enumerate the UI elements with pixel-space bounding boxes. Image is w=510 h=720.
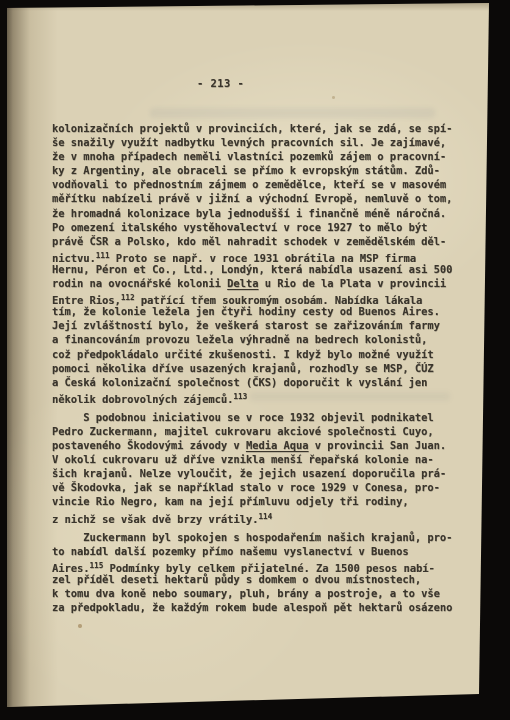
text-line: právě ČSR a Polsko, kdo měl nahradit sch… [52, 235, 467, 249]
text-line: Entre Rios,112 patřící třem soukromým os… [52, 291, 467, 305]
text-line: že v mnoha případech neměli vlastníci po… [52, 150, 467, 164]
text-segment: Pedro Zuckermann, majitel cukrovaru akci… [52, 426, 434, 438]
body-text: kolonizačních projektů v provinciích, kt… [52, 122, 467, 615]
text-line: z nichž se však dvě brzy vrátily.114 [52, 510, 467, 524]
paragraph: S podobnou iniciativou se v roce 1932 ob… [52, 411, 467, 524]
footnote-ref: 111 [96, 251, 110, 260]
underlined-term: Media Aqua [246, 440, 309, 452]
text-line: nictvu.111 Proto se např. v roce 1931 ob… [52, 249, 467, 263]
show-through-smudge [150, 108, 435, 118]
text-line: ky z Argentiny, ale obraceli se přímo k … [52, 164, 467, 178]
text-segment: právě ČSR a Polsko, kdo měl nahradit sch… [52, 236, 446, 248]
text-line: Pedro Zuckermann, majitel cukrovaru akci… [52, 425, 467, 439]
text-line: Hernu, Péron et Co., Ltd., Londýn, která… [52, 263, 467, 277]
text-line: postaveného Škodovými závody v Media Aqu… [52, 439, 467, 453]
text-segment: Zuckermann byl spokojen s hospodařením n… [52, 532, 452, 544]
text-line: zel příděl deseti hektarů půdy s domkem … [52, 573, 467, 587]
text-segment: několik dobrovolných zájemců. [52, 394, 233, 406]
text-segment: tím, že kolonie ležela jen čtyři hodiny … [52, 306, 440, 318]
paragraph: kolonizačních projektů v provinciích, kt… [52, 122, 467, 404]
text-segment: Její zvláštností bylo, že veškerá staros… [52, 320, 440, 332]
text-line: vodňovali to přednostním zájmem o zemědě… [52, 178, 467, 192]
text-segment: že hromadná kolonizace byla jednodušší i… [52, 208, 446, 220]
text-segment: a Česká kolonizační společnost (ČKS) dop… [52, 377, 427, 389]
text-line: kolonizačních projektů v provinciích, kt… [52, 122, 467, 136]
text-line: to nabídl další pozemky přímo našemu vys… [52, 545, 467, 559]
text-segment: vodňovali to přednostním zájmem o zemědě… [52, 179, 446, 191]
text-segment: což předpokládalo určité zkušenosti. I k… [52, 349, 434, 361]
text-segment: v provincii San Juan. [309, 440, 447, 452]
text-line: k tomu dva koně nebo soumary, pluh, brán… [52, 587, 467, 601]
text-line: pomoci několika dříve usazených krajanů,… [52, 362, 467, 376]
text-line: še snažily využít nadbytku levných praco… [52, 136, 467, 150]
page-number: - 213 - [52, 78, 467, 90]
text-line: za předpokladu, že každým rokem bude ale… [52, 601, 467, 615]
text-segment: vě Škodovka, jak se například stalo v ro… [52, 482, 440, 494]
text-segment: ky z Argentiny, ale obraceli se přímo k … [52, 165, 440, 177]
paragraph: Zuckermann byl spokojen s hospodařením n… [52, 531, 467, 616]
text-segment: V okolí cukrovaru už dříve vznikla menší… [52, 454, 434, 466]
text-line: a Česká kolonizační společnost (ČKS) dop… [52, 376, 467, 390]
text-line: Zuckermann byl spokojen s hospodařením n… [52, 531, 467, 545]
text-line: a financováním provozu ležela výhradně n… [52, 333, 467, 347]
text-segment: zel příděl deseti hektarů půdy s domkem … [52, 574, 421, 586]
text-line: šich krajanů. Nelze vyloučit, že jejich … [52, 467, 467, 481]
text-segment: rodin na ovocnářské kolonii [52, 278, 227, 290]
text-line: vincie Rio Negro, kam na její přímluvu o… [52, 495, 467, 509]
text-line: rodin na ovocnářské kolonii Delta u Rio … [52, 277, 467, 291]
text-segment: u Rio de la Plata v provincii [258, 278, 446, 290]
text-segment: Hernu, Péron et Co., Ltd., Londýn, která… [52, 264, 452, 276]
text-line: že hromadná kolonizace byla jednodušší i… [52, 207, 467, 221]
footnote-ref: 114 [258, 512, 272, 521]
paper-speck [78, 624, 82, 628]
underlined-term: Delta [227, 278, 258, 290]
text-segment: Po omezení italského vystěhovalectví v r… [52, 222, 427, 234]
scanned-page: - 213 - kolonizačních projektů v provinc… [0, 0, 510, 720]
text-segment: pomoci několika dříve usazených krajanů,… [52, 363, 434, 375]
text-line: několik dobrovolných zájemců.113 [52, 390, 467, 404]
text-segment: postaveného Škodovými závody v [52, 440, 246, 452]
footnote-ref: 115 [90, 561, 104, 570]
text-segment: z nichž se však dvě brzy vrátily. [52, 513, 258, 525]
text-segment: za předpokladu, že každým rokem bude ale… [52, 602, 452, 614]
text-segment: že v mnoha případech neměli vlastníci po… [52, 151, 446, 163]
text-line: S podobnou iniciativou se v roce 1932 ob… [52, 411, 467, 425]
text-line: Po omezení italského vystěhovalectví v r… [52, 221, 467, 235]
text-line: Aires.115 Podmínky byly celkem přijateln… [52, 559, 467, 573]
text-segment: měřítku nabízeli právě v jižní a východn… [52, 193, 452, 205]
text-segment: kolonizačních projektů v provinciích, kt… [52, 123, 452, 135]
text-line: Její zvláštností bylo, že veškerá staros… [52, 319, 467, 333]
footnote-ref: 113 [233, 392, 247, 401]
text-line: vě Škodovka, jak se například stalo v ro… [52, 481, 467, 495]
text-segment: to nabídl další pozemky přímo našemu vys… [52, 546, 409, 558]
text-segment: S podobnou iniciativou se v roce 1932 ob… [52, 412, 434, 424]
footnote-ref: 112 [121, 293, 135, 302]
text-line: V okolí cukrovaru už dříve vznikla menší… [52, 453, 467, 467]
text-segment: a financováním provozu ležela výhradně n… [52, 334, 427, 346]
text-line: měřítku nabízeli právě v jižní a východn… [52, 192, 467, 206]
text-segment: šich krajanů. Nelze vyloučit, že jejich … [52, 468, 446, 480]
text-line: tím, že kolonie ležela jen čtyři hodiny … [52, 305, 467, 319]
text-segment: vincie Rio Negro, kam na její přímluvu o… [52, 496, 409, 508]
paper-speck [332, 96, 335, 99]
text-segment: k tomu dva koně nebo soumary, pluh, brán… [52, 588, 440, 600]
text-segment: še snažily využít nadbytku levných praco… [52, 137, 446, 149]
text-line: což předpokládalo určité zkušenosti. I k… [52, 348, 467, 362]
